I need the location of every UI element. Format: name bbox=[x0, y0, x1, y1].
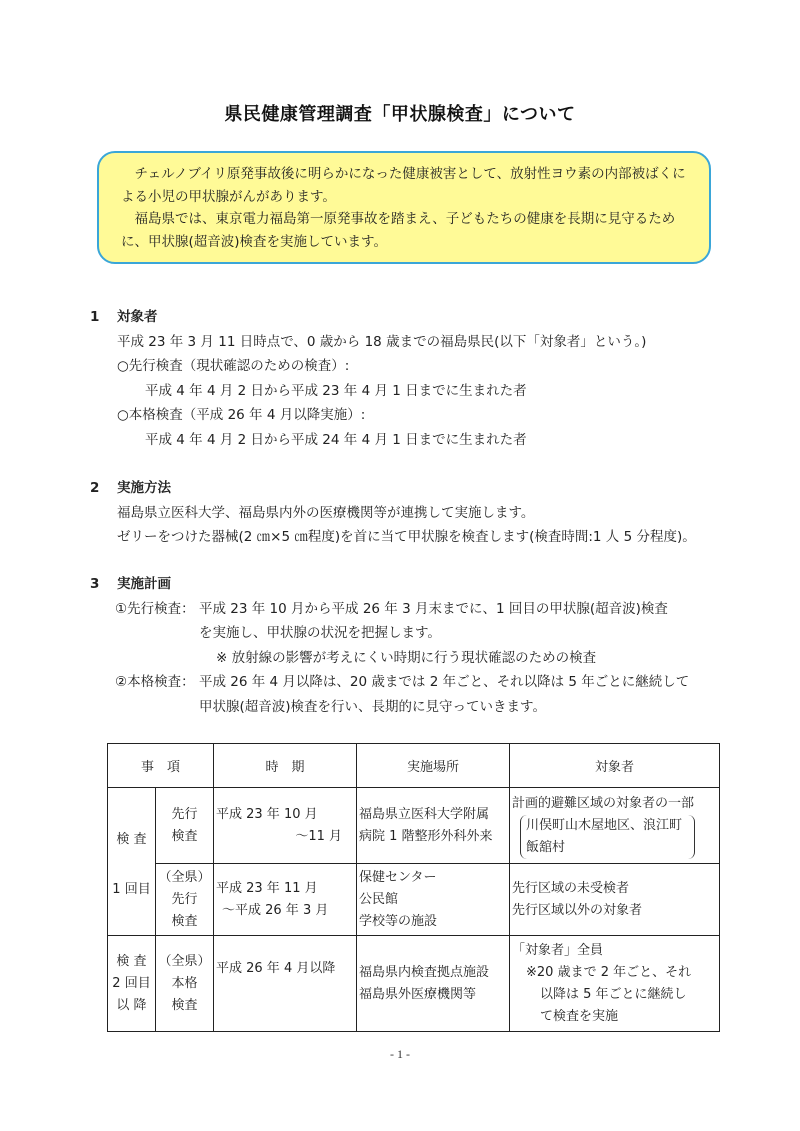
section-target-persons: 1対象者 平成 23 年 3 月 11 日時点で、0 歳から 18 歳までの福島… bbox=[90, 305, 646, 452]
body-line: ○先行検査（現状確認のための検査）: bbox=[90, 354, 646, 379]
section-number: 2 bbox=[90, 476, 117, 501]
plan-label: ①先行検査： bbox=[115, 597, 199, 622]
section-title: 対象者 bbox=[117, 309, 158, 325]
target-cell: 「対象者」全員 ※20 歳まで 2 年ごと、それ 以降は 5 年ごとに継続し て… bbox=[510, 936, 720, 1032]
body-line: 福島県立医科大学、福島県内外の医療機関等が連携して実施します。 bbox=[90, 501, 696, 526]
type-cell: 先行 検査 bbox=[156, 788, 214, 864]
section-title: 実施計画 bbox=[117, 576, 171, 592]
place-cell: 保健センター 公民館 学校等の施設 bbox=[357, 864, 510, 936]
section-title: 実施方法 bbox=[117, 480, 171, 496]
table-row: 検 査 1 回目 先行 検査 平成 23 年 10 月 〜11 月 福島県立医科… bbox=[108, 788, 720, 864]
body-line: 平成 4 年 4 月 2 日から平成 23 年 4 月 1 日までに生まれた者 bbox=[90, 379, 646, 404]
section-heading: 2実施方法 bbox=[90, 476, 696, 501]
period-cell: 平成 26 年 4 月以降 bbox=[214, 936, 357, 1032]
page-title: 県民健康管理調査「甲状腺検査」について bbox=[0, 100, 800, 126]
table-row: 検 査 2 回目 以 降 （全県） 本格 検査 平成 26 年 4 月以降 福島… bbox=[108, 936, 720, 1032]
target-cell: 計画的避難区域の対象者の一部 川俣町山木屋地区、浪江町 飯舘村 bbox=[510, 788, 720, 864]
section-method: 2実施方法 福島県立医科大学、福島県内外の医療機関等が連携して実施します。 ゼリ… bbox=[90, 476, 696, 550]
body-line: ゼリーをつけた器械(2 ㎝×5 ㎝程度)を首に当て甲状腺を検査します(検査時間:… bbox=[90, 525, 696, 550]
plan-item-preliminary: ①先行検査： 平成 23 年 10 月から平成 26 年 3 月末までに、1 回… bbox=[90, 597, 689, 622]
page-number: - 1 - bbox=[0, 1047, 800, 1062]
period-cell: 平成 23 年 10 月 〜11 月 bbox=[214, 788, 357, 864]
type-cell: （全県） 先行 検査 bbox=[156, 864, 214, 936]
header-period: 時 期 bbox=[214, 744, 357, 788]
section-number: 1 bbox=[90, 305, 117, 330]
plan-text: 平成 23 年 10 月から平成 26 年 3 月末までに、1 回目の甲状腺(超… bbox=[199, 597, 668, 622]
place-cell: 福島県内検査拠点施設 福島県外医療機関等 bbox=[357, 936, 510, 1032]
body-line: 平成 23 年 3 月 11 日時点で、0 歳から 18 歳までの福島県民(以下… bbox=[90, 330, 646, 355]
header-item: 事 項 bbox=[108, 744, 214, 788]
target-cell: 先行区域の未受検者 先行区域以外の対象者 bbox=[510, 864, 720, 936]
place-cell: 福島県立医科大学附属 病院 1 階整形外科外来 bbox=[357, 788, 510, 864]
plan-text: 平成 26 年 4 月以降は、20 歳までは 2 年ごと、それ以降は 5 年ごと… bbox=[199, 670, 689, 695]
bracket-group: 川俣町山木屋地区、浪江町 飯舘村 bbox=[520, 815, 695, 859]
group-cell: 検 査 1 回目 bbox=[108, 788, 156, 936]
period-cell: 平成 23 年 11 月 〜平成 26 年 3 月 bbox=[214, 864, 357, 936]
section-heading: 1対象者 bbox=[90, 305, 646, 330]
intro-paragraph-2: 福島県では、東京電力福島第一原発事故を踏まえ、子どもたちの健康を長期に見守るため… bbox=[121, 208, 695, 253]
plan-label: ②本格検査： bbox=[115, 670, 199, 695]
table-row: （全県） 先行 検査 平成 23 年 11 月 〜平成 26 年 3 月 保健セ… bbox=[108, 864, 720, 936]
table-header-row: 事 項 時 期 実施場所 対象者 bbox=[108, 744, 720, 788]
intro-paragraph-1: チェルノブイリ原発事故後に明らかになった健康被害として、放射性ヨウ素の内部被ばく… bbox=[121, 163, 695, 208]
plan-text-continued: を実施し、甲状腺の状況を把握します。 bbox=[90, 621, 689, 646]
type-cell: （全県） 本格 検査 bbox=[156, 936, 214, 1032]
header-target: 対象者 bbox=[510, 744, 720, 788]
body-line: 平成 4 年 4 月 2 日から平成 24 年 4 月 1 日までに生まれた者 bbox=[90, 428, 646, 453]
plan-note: ※ 放射線の影響が考えにくい時期に行う現状確認のための検査 bbox=[90, 646, 689, 671]
section-heading: 3実施計画 bbox=[90, 572, 689, 597]
section-plan: 3実施計画 ①先行検査： 平成 23 年 10 月から平成 26 年 3 月末ま… bbox=[90, 572, 689, 719]
section-number: 3 bbox=[90, 572, 117, 597]
intro-box: チェルノブイリ原発事故後に明らかになった健康被害として、放射性ヨウ素の内部被ばく… bbox=[97, 151, 711, 264]
plan-text-continued: 甲状腺(超音波)検査を行い、長期的に見守っていきます。 bbox=[90, 695, 689, 720]
schedule-table: 事 項 時 期 実施場所 対象者 検 査 1 回目 先行 検査 平成 23 年 … bbox=[107, 743, 720, 1032]
group-cell: 検 査 2 回目 以 降 bbox=[108, 936, 156, 1032]
plan-item-full-scale: ②本格検査： 平成 26 年 4 月以降は、20 歳までは 2 年ごと、それ以降… bbox=[90, 670, 689, 695]
body-line: ○本格検査（平成 26 年 4 月以降実施）: bbox=[90, 403, 646, 428]
header-place: 実施場所 bbox=[357, 744, 510, 788]
